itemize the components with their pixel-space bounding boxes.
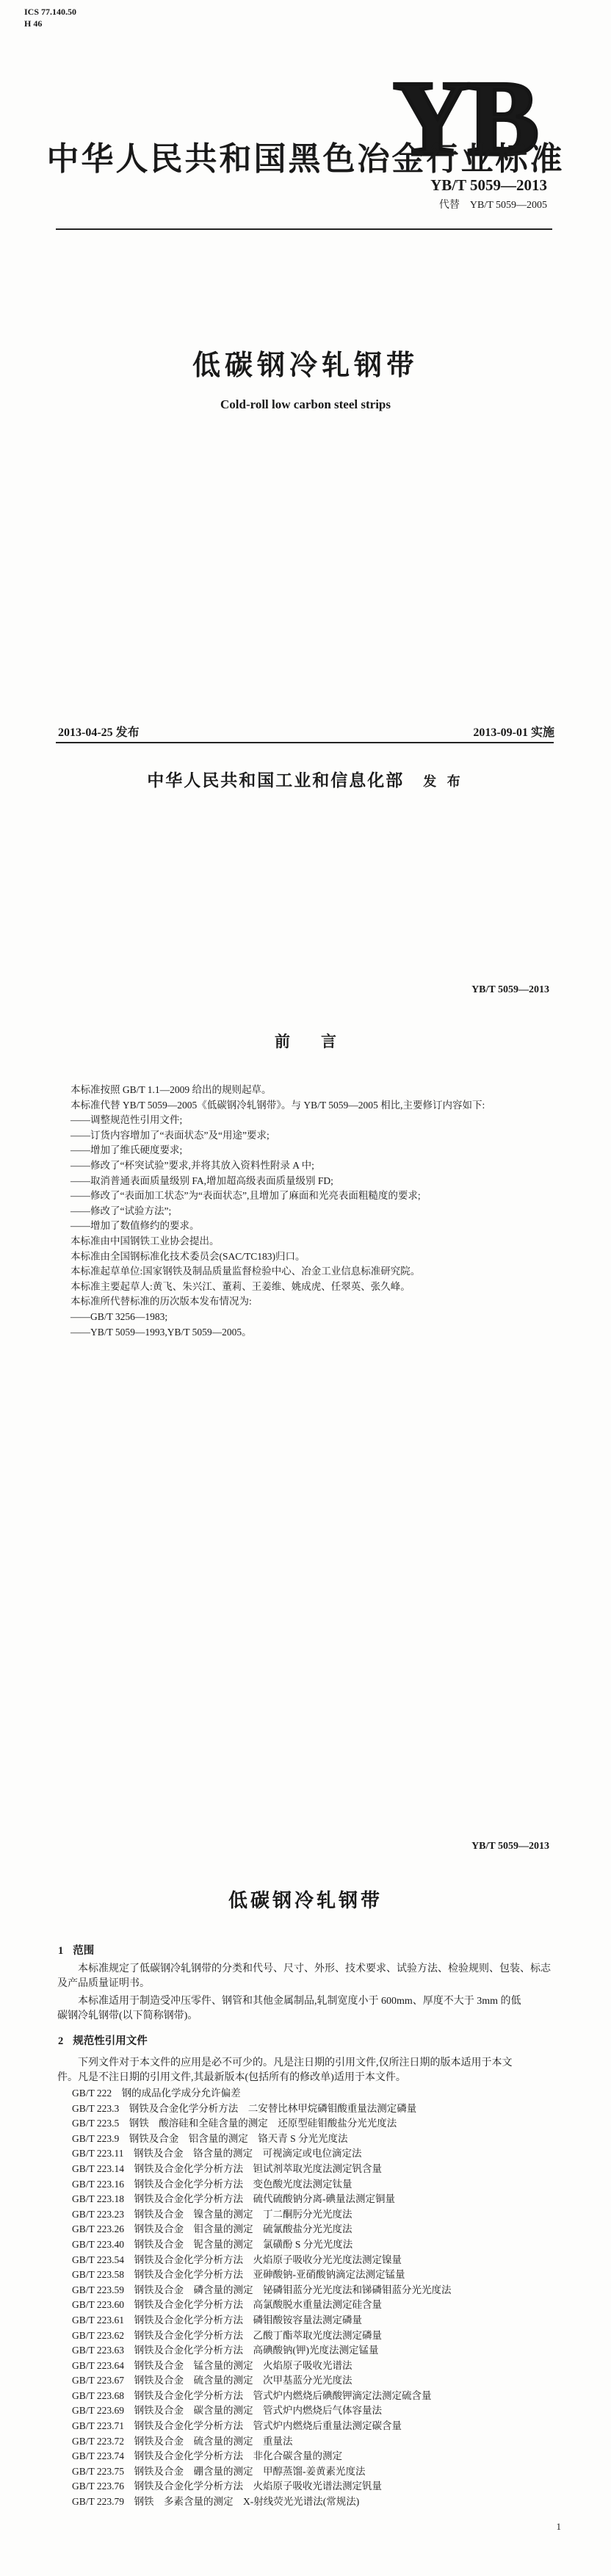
references-intro-line: 下列文件对于本文件的应用是必不可少的。凡是注日期的引用文件,仅所注日期的版本适用… (57, 2056, 558, 2071)
ics-code: ICS 77.140.50 (24, 6, 76, 18)
foreword-line: ——调整规范性引用文件; (70, 1113, 563, 1128)
foreword-line: ——修改了“表面加工状态”为“表面状态”,且增加了麻面和光亮表面粗糙度的要求; (70, 1188, 563, 1204)
foreword-line: 本标准主要起草人:黄飞、朱兴江、董莉、王姜维、姚成虎、任翠英、张久峰。 (70, 1280, 563, 1295)
reference-item: GB/T 223.74 钢铁及合金化学分析方法 非化合碳含量的测定 (72, 2449, 560, 2464)
cover-top-rule (56, 228, 552, 230)
section-1-number: 1 (58, 1945, 63, 1957)
reference-item: GB/T 223.61 钢铁及合金化学分析方法 磷钼酸铵容量法测定磷量 (72, 2313, 560, 2328)
section-2-title: 规范性引用文件 (73, 2035, 148, 2047)
reference-item: GB/T 223.71 钢铁及合金化学分析方法 管式炉内燃烧后重量法测定碳含量 (72, 2419, 560, 2434)
reference-item: GB/T 223.79 钢铁 多素含量的测定 X-射线荧光光谱法(常规法) (72, 2494, 560, 2510)
references-intro: 下列文件对于本文件的应用是必不可少的。凡是注日期的引用文件,仅所注日期的版本适用… (57, 2056, 558, 2085)
reference-item: GB/T 223.23 钢铁及合金 镍含量的测定 丁二酮肟分光光度法 (72, 2207, 560, 2223)
reference-item: GB/T 223.60 钢铁及合金化学分析方法 高氯酸脱水重量法测定硅含量 (72, 2298, 560, 2313)
foreword-line: ——订货内容增加了“表面状态”及“用途”要求; (70, 1128, 563, 1144)
reference-item: GB/T 223.76 钢铁及合金化学分析方法 火焰原子吸收光谱法测定钒量 (72, 2479, 560, 2494)
reference-item: GB/T 223.54 钢铁及合金化学分析方法 火焰原子吸收分光光度法测定镍量 (72, 2253, 560, 2268)
foreword-line: ——YB/T 5059—1993,YB/T 5059—2005。 (70, 1325, 563, 1341)
foreword-line: 本标准所代替标准的历次版本发布情况为: (70, 1294, 563, 1310)
page3-title: 低碳钢冷轧钢带 (0, 1886, 611, 1913)
foreword-line: 本标准由全国钢标准化技术委员会(SAC/TC183)归口。 (70, 1249, 563, 1265)
reference-item: GB/T 223.63 钢铁及合金化学分析方法 高碘酸钠(钾)光度法测定锰量 (72, 2343, 560, 2359)
foreword-line: 本标准代替 YB/T 5059—2005《低碳钢冷轧钢带》。与 YB/T 505… (70, 1098, 563, 1114)
reference-item: GB/T 223.18 钢铁及合金化学分析方法 硫代硫酸钠分离-碘量法测定铜量 (72, 2192, 560, 2207)
foreword-line: 本标准按照 GB/T 1.1—2009 给出的规则起草。 (70, 1083, 563, 1098)
applicability-line: 碳钢冷轧钢带(以下简称钢带)。 (57, 2009, 558, 2024)
standard-document-page: ICS 77.140.50 H 46 YB 中华人民共和国黑色冶金行业标准 YB… (0, 0, 611, 2576)
section-2-number: 2 (58, 2035, 63, 2047)
doc-title-cn: 低碳钢冷轧钢带 (0, 342, 611, 383)
applicability-line: 本标准适用于制造受冲压零件、钢管和其他金属制品,轧制宽度小于 600mm、厚度不… (57, 1994, 558, 2009)
reference-item: GB/T 223.26 钢铁及合金 钼含量的测定 硫氰酸盐分光光度法 (72, 2222, 560, 2237)
section-1-heading: 1范围 (58, 1942, 94, 1958)
foreword-line: ——修改了“杯突试验”要求,并将其放入资料性附录 A 中; (70, 1158, 563, 1174)
reference-item: GB/T 223.40 钢铁及合金 铌含量的测定 氯磺酚 S 分光光度法 (72, 2237, 560, 2253)
page2-header: YB/T 5059—2013 (471, 984, 549, 996)
foreword-line: ——取消普通表面质量级别 FA,增加超高级表面质量级别 FD; (70, 1174, 563, 1189)
cover-bottom-rule (56, 742, 554, 743)
doc-title-en: Cold-roll low carbon steel strips (0, 397, 611, 412)
scope-line: 及产品质量证明书。 (57, 1977, 558, 1991)
foreword-body: 本标准按照 GB/T 1.1—2009 给出的规则起草。本标准代替 YB/T 5… (70, 1083, 563, 1340)
references-intro-line: 件。凡是不注日期的引用文件,其最新版本(包括所有的修改单)适用于本文件。 (57, 2071, 558, 2085)
reference-item: GB/T 223.5 钢铁 酸溶硅和全硅含量的测定 还原型硅钼酸盐分光光度法 (72, 2116, 560, 2132)
scope-line: 本标准规定了低碳钢冷轧钢带的分类和代号、尺寸、外形、技术要求、试验方法、检验规则… (57, 1962, 558, 1977)
foreword-line: 本标准由中国钢铁工业协会提出。 (70, 1234, 563, 1249)
standard-number: YB/T 5059—2013 (430, 176, 547, 195)
reference-item: GB/T 223.62 钢铁及合金化学分析方法 乙酸丁酯萃取光度法测定磷量 (72, 2328, 560, 2344)
standard-org-title: 中华人民共和国黑色冶金行业标准 (0, 132, 611, 179)
implementation-date: 2013-09-01 实施 (473, 723, 554, 740)
issue-date: 2013-04-25 发布 (58, 723, 140, 740)
foreword-line: ——GB/T 3256—1983; (70, 1310, 563, 1325)
reference-item: GB/T 223.64 钢铁及合金 锰含量的测定 火焰原子吸收光谱法 (72, 2359, 560, 2374)
reference-item: GB/T 223.59 钢铁及合金 磷含量的测定 铋磷钼蓝分光光度法和锑磷钼蓝分… (72, 2283, 560, 2298)
scope-paragraph-1: 本标准规定了低碳钢冷轧钢带的分类和代号、尺寸、外形、技术要求、试验方法、检验规则… (57, 1962, 558, 1991)
reference-item: GB/T 223.67 钢铁及合金 硫含量的测定 次甲基蓝分光光度法 (72, 2373, 560, 2389)
reference-item: GB/T 223.16 钢铁及合金化学分析方法 变色酸光度法测定钛量 (72, 2177, 560, 2193)
foreword-title: 前 言 (0, 1030, 611, 1052)
reference-item: GB/T 223.11 钢铁及合金 铬含量的测定 可视滴定或电位滴定法 (72, 2146, 560, 2162)
replaces-note: 代替 YB/T 5059—2005 (439, 197, 547, 212)
references-list: GB/T 222 钢的成品化学成分允许偏差GB/T 223.3 钢铁及合金化学分… (72, 2086, 560, 2510)
reference-item: GB/T 223.14 钢铁及合金化学分析方法 钽试剂萃取光度法测定钒含量 (72, 2162, 560, 2177)
doc-class-code: H 46 (24, 18, 76, 29)
reference-item: GB/T 223.3 钢铁及合金化学分析方法 二安替比林甲烷磷钼酸重量法测定磷量 (72, 2101, 560, 2117)
reference-item: GB/T 223.68 钢铁及合金化学分析方法 管式炉内燃烧后碘酸钾滴定法测定硫… (72, 2389, 560, 2404)
ics-block: ICS 77.140.50 H 46 (24, 6, 76, 29)
scope-paragraph-2: 本标准适用于制造受冲压零件、钢管和其他金属制品,轧制宽度小于 600mm、厚度不… (57, 1994, 558, 2024)
section-1-title: 范围 (73, 1945, 94, 1957)
publish-label: 发 布 (423, 774, 464, 789)
foreword-line: 本标准起草单位:国家钢铁及制品质量监督检验中心、冶金工业信息标准研究院。 (70, 1264, 563, 1280)
foreword-line: ——增加了维氏硬度要求; (70, 1143, 563, 1158)
reference-item: GB/T 223.72 钢铁及合金 硫含量的测定 重量法 (72, 2434, 560, 2450)
reference-item: GB/T 222 钢的成品化学成分允许偏差 (72, 2086, 560, 2101)
publisher-name: 中华人民共和国工业和信息化部 (147, 771, 404, 790)
page3-header: YB/T 5059—2013 (471, 1841, 549, 1852)
reference-item: GB/T 223.9 钢铁及合金 铝含量的测定 铬天青 S 分光光度法 (72, 2132, 560, 2147)
reference-item: GB/T 223.58 钢铁及合金化学分析方法 亚砷酸钠-亚硝酸钠滴定法测定锰量 (72, 2267, 560, 2283)
publisher-row: 中华人民共和国工业和信息化部发 布 (0, 767, 611, 791)
reference-item: GB/T 223.75 钢铁及合金 硼含量的测定 甲醇蒸馏-姜黄素光度法 (72, 2464, 560, 2480)
section-2-heading: 2规范性引用文件 (58, 2032, 148, 2048)
reference-item: GB/T 223.69 钢铁及合金 碳含量的测定 管式炉内燃烧后气体容量法 (72, 2403, 560, 2419)
foreword-line: ——修改了“试验方法”; (70, 1204, 563, 1219)
foreword-line: ——增加了数值修约的要求。 (70, 1219, 563, 1234)
page-number: 1 (557, 2521, 562, 2533)
